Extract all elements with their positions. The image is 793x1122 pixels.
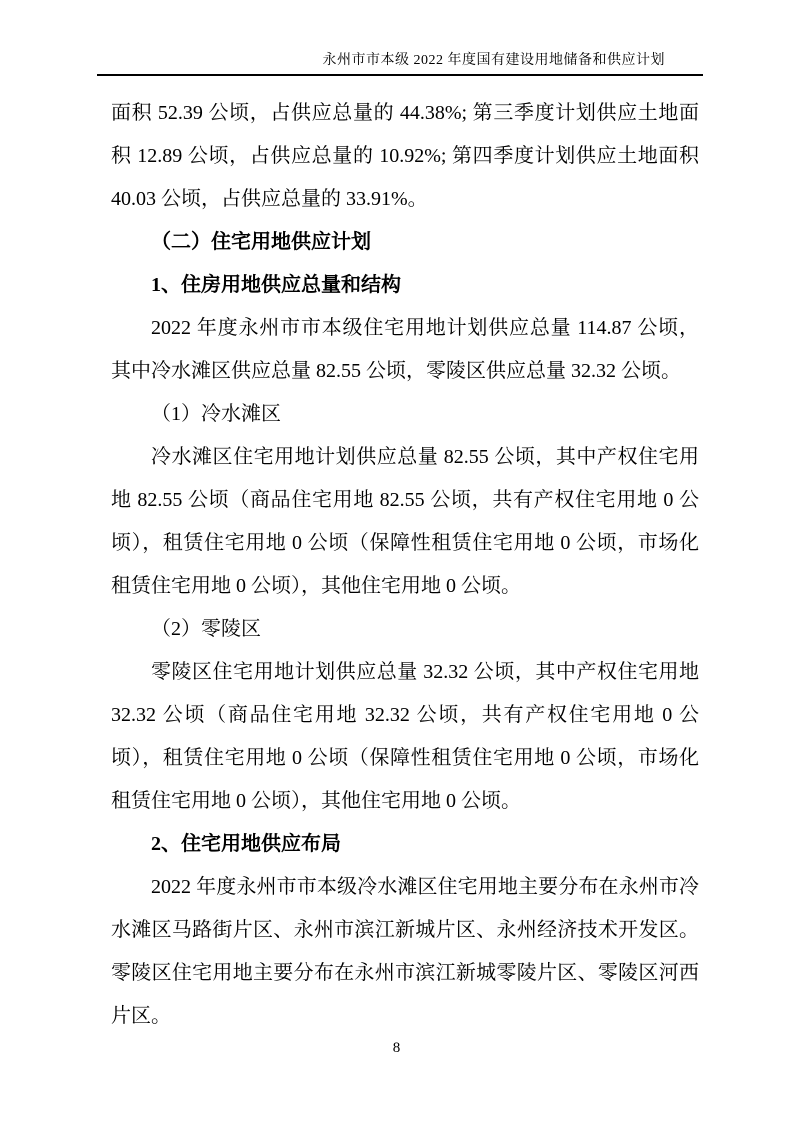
document-body: 面积 52.39 公顷，占供应总量的 44.38%; 第三季度计划供应土地面积 … — [111, 92, 699, 1038]
paragraph-supply-layout: 2022 年度永州市市本级冷水滩区住宅用地主要分布在永州市冷水滩区马路街片区、永… — [111, 866, 699, 1038]
paragraph-lingling-detail: 零陵区住宅用地计划供应总量 32.32 公顷，其中产权住宅用地 32.32 公顷… — [111, 651, 699, 823]
item-heading-lingling: （2）零陵区 — [111, 608, 699, 651]
running-header: 永州市市本级 2022 年度国有建设用地储备和供应计划 — [97, 52, 703, 76]
document-page: 永州市市本级 2022 年度国有建设用地储备和供应计划 面积 52.39 公顷，… — [0, 0, 793, 1122]
paragraph-total-supply: 2022 年度永州市市本级住宅用地计划供应总量 114.87 公顷，其中冷水滩区… — [111, 307, 699, 393]
paragraph-lengshuitan-detail: 冷水滩区住宅用地计划供应总量 82.55 公顷，其中产权住宅用地 82.55 公… — [111, 436, 699, 608]
page-number: 8 — [0, 1038, 793, 1058]
section-heading-residential-land-plan: （二）住宅用地供应计划 — [111, 221, 699, 264]
subsection-heading-total-and-structure: 1、住房用地供应总量和结构 — [111, 264, 699, 307]
subsection-heading-supply-layout: 2、住宅用地供应布局 — [111, 823, 699, 866]
continued-paragraph-quarterly-supply: 面积 52.39 公顷，占供应总量的 44.38%; 第三季度计划供应土地面积 … — [111, 92, 699, 221]
running-header-title: 永州市市本级 2022 年度国有建设用地储备和供应计划 — [323, 53, 666, 68]
item-heading-lengshuitan: （1）冷水滩区 — [111, 393, 699, 436]
